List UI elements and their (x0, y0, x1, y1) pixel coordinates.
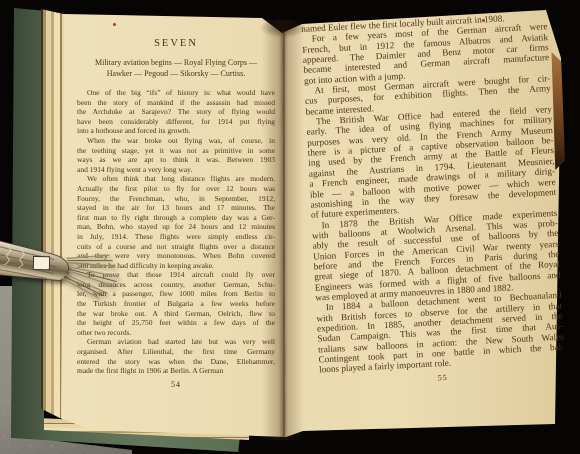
subtitle-line: Military aviation begins — Royal Flying … (77, 57, 275, 68)
text-line: have been considerably different, for 19… (77, 117, 275, 127)
text-line: Fourny, the Frenchman, who, in September… (77, 194, 275, 204)
text-line: One of the big “ifs” of history is: what… (77, 88, 275, 98)
gutter-line (283, 30, 285, 438)
photo-of-open-book: SEVEN Military aviation begins — Royal F… (0, 0, 580, 454)
text-line: the teething stage, yet it was not as pr… (77, 146, 275, 156)
chapter-heading: SEVEN (77, 38, 275, 49)
text-line: We often think that long distance flight… (77, 174, 275, 184)
chapter-subtitle: Military aviation begins — Royal Flying … (77, 57, 275, 79)
text-line: ways as we are apt to think it was. Betw… (77, 155, 275, 165)
foxing-speck (113, 23, 116, 26)
text-line: the height of 25,750 feet within a few d… (77, 318, 275, 328)
text-line: made the first flight in 1906 at Berlin.… (77, 366, 275, 376)
text-line: into a hothouse and forced its growth. (77, 126, 275, 136)
text-line: When the war broke out flying was, of co… (77, 136, 275, 146)
ornate-silver-bookmark (0, 216, 132, 304)
text-line: entered the story was when the Dane, Ell… (77, 357, 275, 367)
right-page-body: named Euler flew the first locally built… (301, 11, 565, 375)
left-page-text: SEVEN Military aviation begins — Royal F… (77, 38, 275, 389)
text-line: German aviation had started late but was… (77, 337, 275, 347)
right-page-text: named Euler flew the first locally built… (301, 11, 566, 388)
subtitle-line: Hawker — Pegoud — Sikorsky — Curtiss. (77, 68, 275, 79)
text-line: and 1914 flying went a very long way. (77, 165, 275, 175)
text-line: stayed in the air for 13 hours and 17 mi… (77, 203, 275, 213)
text-line: other two records. (77, 328, 275, 338)
left-page-number: 54 (77, 380, 275, 389)
text-line: been the story of mankind if the assassi… (77, 98, 275, 108)
text-line: Actually the first pilot to fly for over… (77, 184, 275, 194)
foxing-speck (482, 19, 485, 22)
text-line: the Archduke at Sarajevo? The story of f… (77, 107, 275, 117)
text-line: organised. After Lilienthal, the first t… (77, 347, 275, 357)
text-line: the war broke out. A third German, Oelri… (77, 309, 275, 319)
